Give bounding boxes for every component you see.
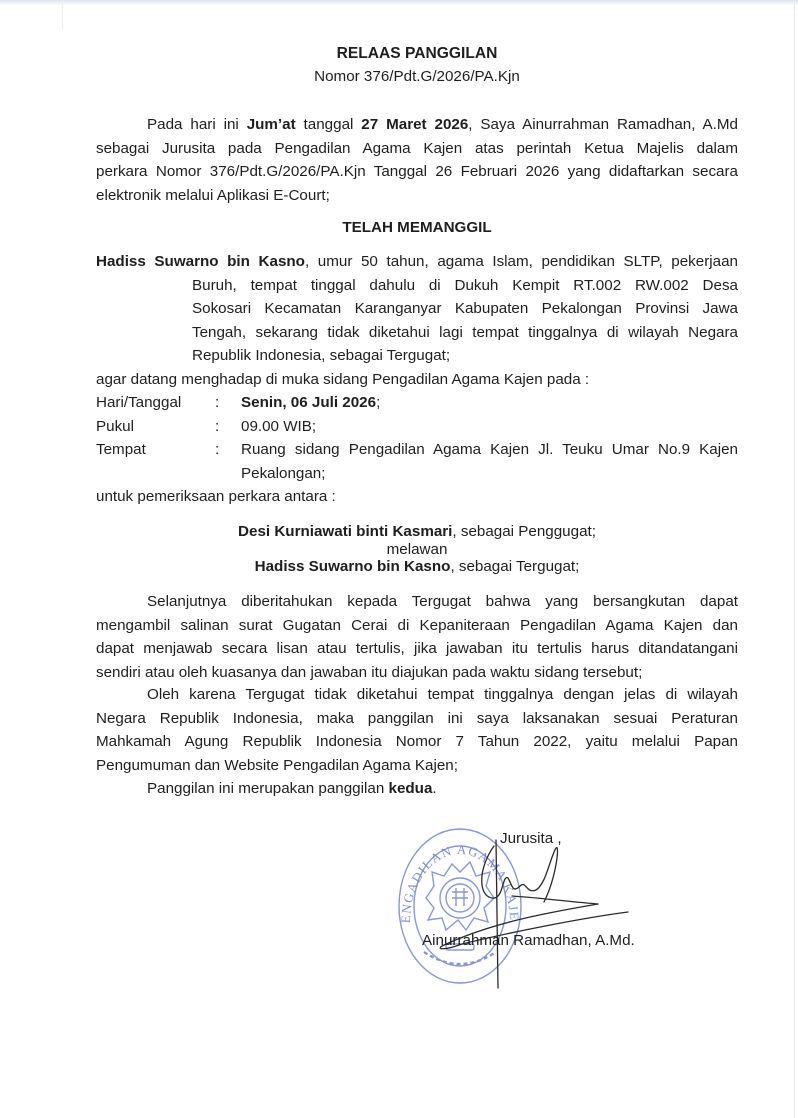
- notice-line: mengambil salinan surat Gugatan Cerai di…: [96, 614, 738, 638]
- closing-line: Panggilan ini merupakan panggilan kedua.: [96, 777, 738, 801]
- scan-edge-left: [62, 0, 63, 30]
- schedule-day-label: Hari/Tanggal: [96, 391, 181, 415]
- schedule-day-value: Senin, 06 Juli 2026;: [241, 391, 738, 415]
- scan-edge-top: [0, 0, 798, 6]
- defendant-detail-line: Tengah, sekarang tidak diketahui lagi te…: [192, 321, 738, 345]
- opening-paragraph: Pada hari ini Jum’at tanggal 27 Maret 20…: [96, 113, 738, 207]
- schedule-time-value: 09.00 WIB;: [241, 415, 738, 439]
- signer-name: Ainurrahman Ramadhan, A.Md.: [422, 932, 635, 949]
- colon: :: [215, 391, 219, 415]
- reason-line: Pengumuman dan Website Pengadilan Agama …: [96, 754, 738, 778]
- colon: :: [215, 438, 219, 462]
- defendant-party-name: Hadiss Suwarno bin Kasno: [255, 558, 451, 575]
- reason-line: Oleh karena Tergugat tidak diketahui tem…: [96, 683, 738, 707]
- versus-label: melawan: [96, 541, 738, 559]
- opening-line-3: perkara Nomor 376/Pdt.G/2026/PA.Kjn Tang…: [96, 160, 738, 184]
- document-number: Nomor 376/Pdt.G/2026/PA.Kjn: [96, 68, 738, 85]
- scan-edge-right: [794, 0, 795, 1118]
- defendant-detail-line: Sokosari Kecamatan Karanganyar Kabupaten…: [192, 297, 738, 321]
- plaintiff-line: Desi Kurniawati binti Kasmari, sebagai P…: [96, 523, 738, 541]
- schedule-time-label: Pukul: [96, 415, 134, 439]
- summons-day: Jum’at: [247, 116, 296, 133]
- reason-line: Mahkamah Agung Republik Indonesia Nomor …: [96, 730, 738, 754]
- schedule-place-label: Tempat: [96, 438, 146, 462]
- notice-line: sendiri atau oleh kuasanya dan jawaban i…: [96, 661, 738, 685]
- case-parties: Desi Kurniawati binti Kasmari, sebagai P…: [96, 523, 738, 576]
- opening-line-4: elektronik melalui Aplikasi E-Court;: [96, 184, 738, 208]
- opening-line-1: Pada hari ini Jum’at tanggal 27 Maret 20…: [96, 113, 738, 137]
- appear-intro: agar datang menghadap di muka sidang Pen…: [96, 368, 738, 392]
- opening-line-2: sebagai Jurusita pada Pengadilan Agama K…: [96, 137, 738, 161]
- document-title: RELAAS PANGGILAN: [96, 45, 738, 63]
- case-intro: untuk pemeriksaan perkara antara :: [96, 485, 738, 509]
- defendant-detail-line: Republik Indonesia, sebagai Tergugat;: [192, 344, 738, 368]
- defendant-name: Hadiss Suwarno bin Kasno: [96, 253, 305, 270]
- defendant-party-line: Hadiss Suwarno bin Kasno, sebagai Tergug…: [96, 558, 738, 576]
- summoned-heading: TELAH MEMANGGIL: [96, 219, 738, 236]
- schedule-place-value: Ruang sidang Pengadilan Agama Kajen Jl. …: [241, 438, 738, 485]
- defendant-details: Buruh, tempat tinggal dahulu di Dukuh Ke…: [192, 274, 738, 368]
- reason-paragraph: Oleh karena Tergugat tidak diketahui tem…: [96, 683, 738, 777]
- reason-line: Negara Republik Indonesia, maka panggila…: [96, 707, 738, 731]
- defendant-detail-line: Buruh, tempat tinggal dahulu di Dukuh Ke…: [192, 274, 738, 298]
- colon: :: [215, 415, 219, 439]
- summons-ordinal: kedua: [389, 780, 433, 797]
- notice-line: dapat menjawab secara lisan atau tertuli…: [96, 637, 738, 661]
- plaintiff-name: Desi Kurniawati binti Kasmari: [238, 523, 452, 540]
- notice-paragraph: Selanjutnya diberitahukan kepada Terguga…: [96, 590, 738, 684]
- summons-date: 27 Maret 2026: [361, 116, 468, 133]
- handwritten-signature: [432, 838, 632, 1008]
- defendant-line-1: Hadiss Suwarno bin Kasno, umur 50 tahun,…: [96, 250, 738, 274]
- notice-line: Selanjutnya diberitahukan kepada Terguga…: [96, 590, 738, 614]
